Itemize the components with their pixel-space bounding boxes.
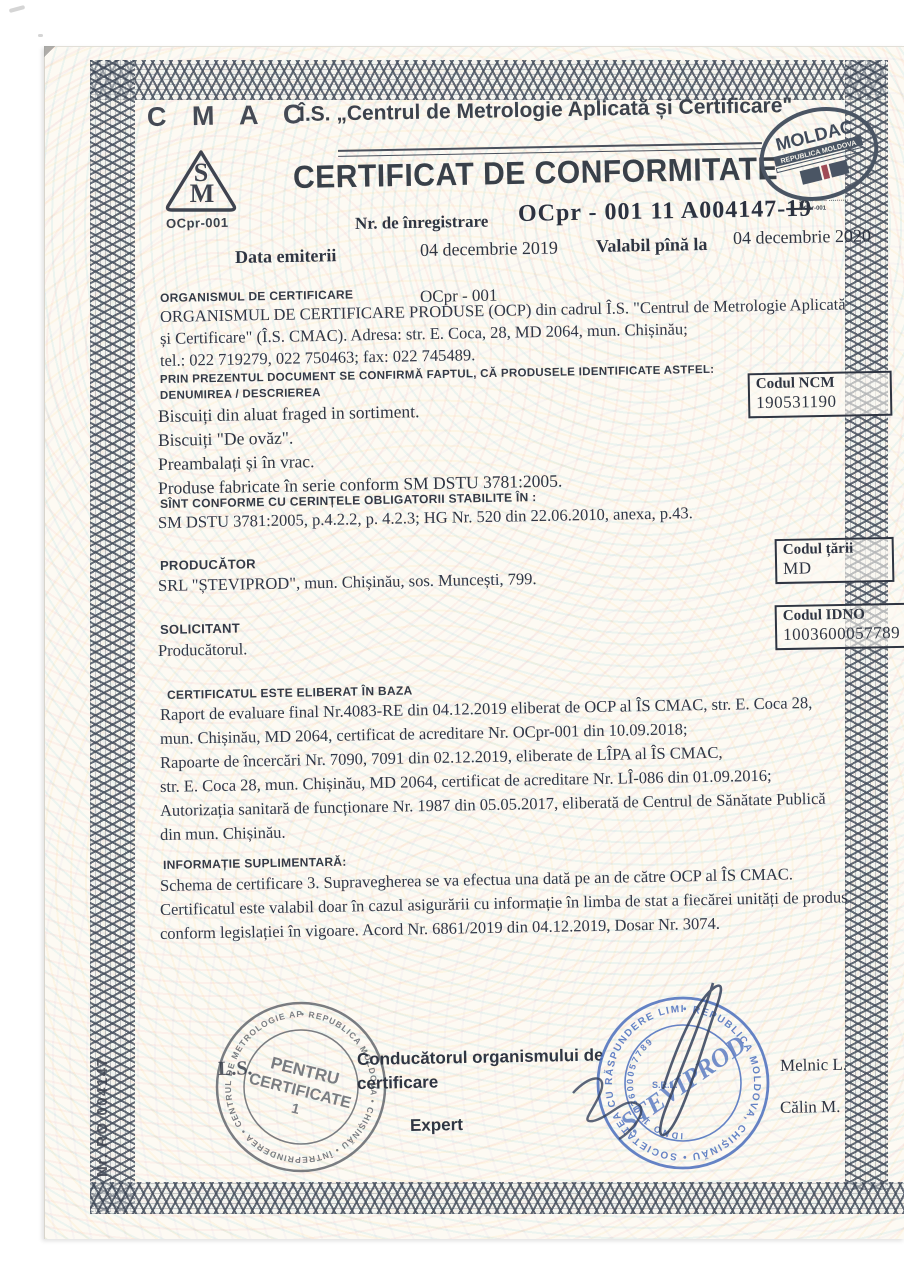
ncm-code-value: 190531190 <box>756 391 884 413</box>
registration-number-main: OCpr - 001 11 A004147- <box>518 196 787 227</box>
idno-code-label: Codul IDNO <box>783 606 899 625</box>
scan-artifact <box>38 34 43 37</box>
guilloche-border-bottom <box>90 1182 904 1214</box>
valid-until-value: 04 decembrie 2020 <box>733 225 871 249</box>
applicant-value: Producătorul. <box>158 639 248 661</box>
product-line: Biscuiți "De ovăz". <box>158 428 294 451</box>
country-code-box: Codul țării MD <box>775 537 895 584</box>
country-code-value: MD <box>783 557 886 579</box>
scanned-certificate-page: { "colors": { "ink": "#2f3542", "border_… <box>0 0 904 1280</box>
scan-artifact <box>9 5 25 13</box>
ls-mark: L.S. <box>218 1057 253 1081</box>
expert-signatory-name: Călin M. <box>780 1097 841 1118</box>
blank-serial-number: Nr. RO 004147 <box>94 992 111 1177</box>
sm-mark-code: OCpr-001 <box>166 215 229 231</box>
sm-certification-mark-icon: S M <box>160 148 242 214</box>
svg-text:M: M <box>190 179 215 208</box>
issue-date-value: 04 decembrie 2019 <box>420 237 558 261</box>
ncm-code-box: Codul NCM 190531190 <box>748 371 893 419</box>
expert-label: Expert <box>410 1115 463 1136</box>
product-line: Preambalați și în vrac. <box>158 451 315 475</box>
country-code-label: Codul țării <box>783 540 886 559</box>
paper-corner-shadow <box>44 46 58 60</box>
registration-number-label: Nr. de înregistrare <box>355 212 489 234</box>
producer-label: PRODUCĂTOR <box>160 556 256 573</box>
cmac-wordmark: C M A C <box>147 99 312 133</box>
issue-date-label: Data emiterii <box>235 245 337 268</box>
head-signatory-name: Melnic L. <box>780 1055 847 1076</box>
basis-line: din mun. Chișinău. <box>160 823 286 845</box>
idno-code-value: 1003600057789 <box>783 623 899 645</box>
idno-code-box: Codul IDNO 1003600057789 <box>775 603 904 650</box>
certifier-stamp-center-line3: 1 <box>290 1100 302 1117</box>
valid-until-label: Valabil pînă la <box>596 234 708 257</box>
certification-head-label: certificare <box>357 1073 439 1094</box>
applicant-label: SOLICITANT <box>160 621 240 637</box>
moldac-logo: MOLDAC REPUBLICA MOLDOVA <box>752 96 886 218</box>
signature-flourish <box>660 983 721 1135</box>
signature-expert <box>573 1078 641 1139</box>
handwritten-signatures <box>555 955 805 1185</box>
